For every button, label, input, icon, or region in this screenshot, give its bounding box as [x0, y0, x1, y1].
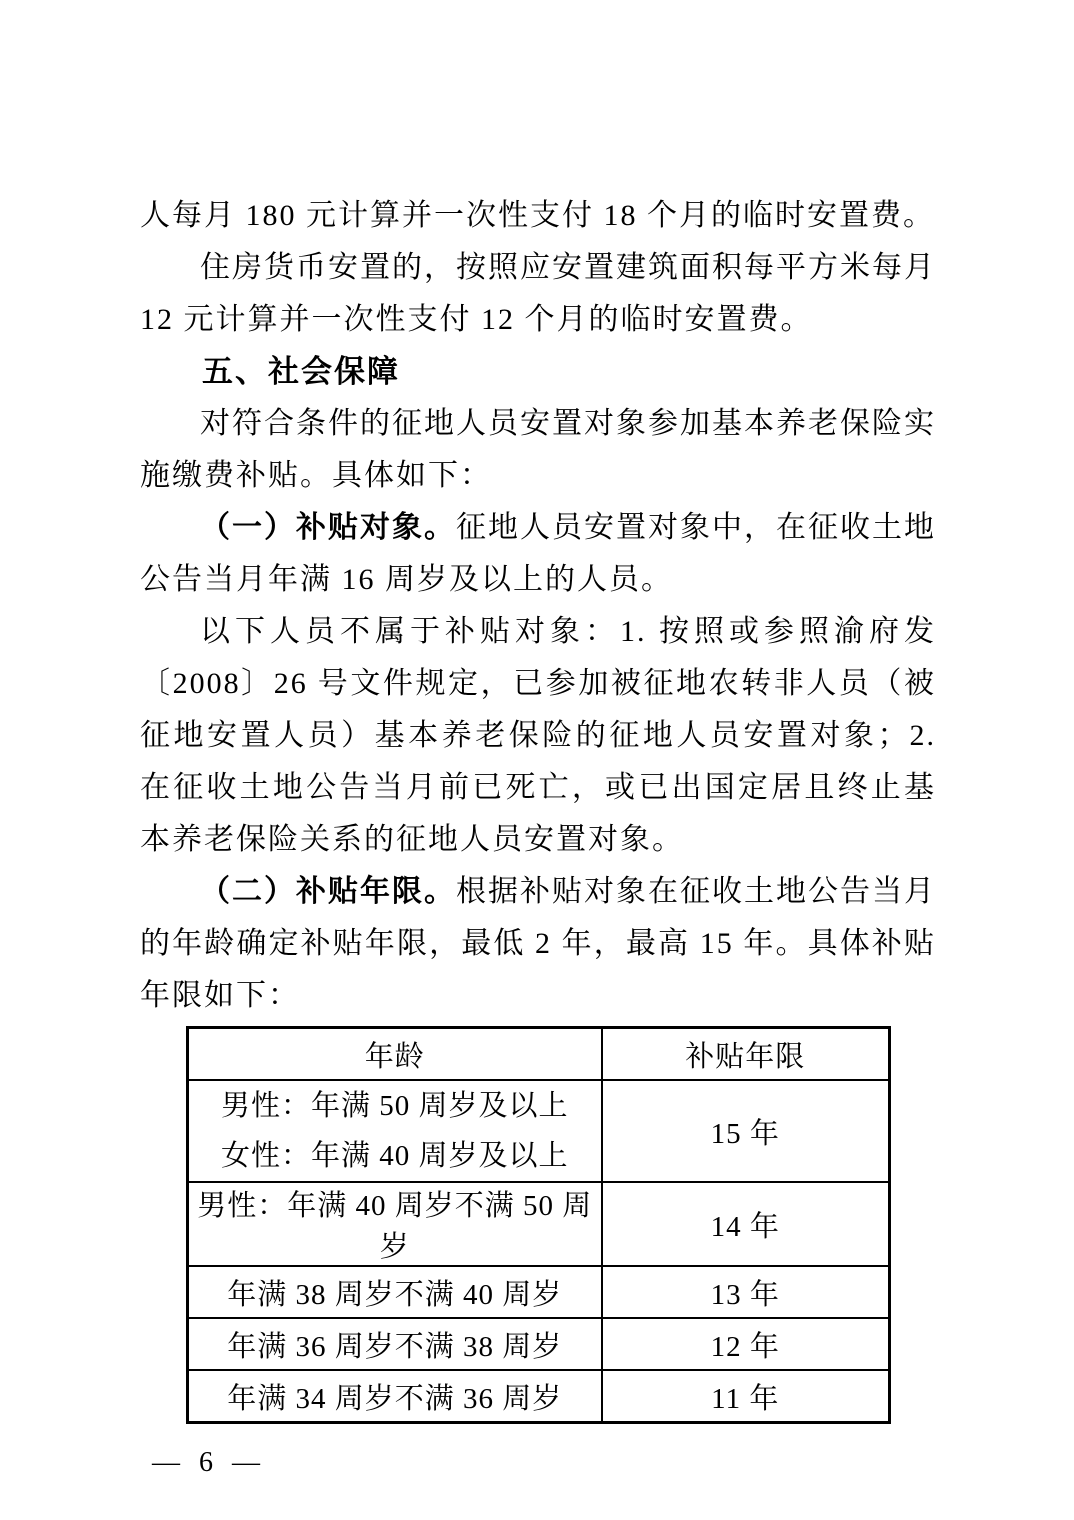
document-page: 人每月 180 元计算并一次性支付 18 个月的临时安置费。 住房货币安置的，按… [0, 0, 1074, 1520]
table-header-row: 年龄 补贴年限 [188, 1028, 890, 1081]
table-row: 年满 36 周岁不满 38 周岁 12 年 [188, 1318, 890, 1370]
cell-age-range: 男性：年满 40 周岁不满 50 周岁 [188, 1182, 602, 1266]
table-row: 男性：年满 40 周岁不满 50 周岁 14 年 [188, 1182, 890, 1266]
subsidy-years-table: 年龄 补贴年限 男性：年满 50 周岁及以上 女性：年满 40 周岁及以上 15… [186, 1026, 891, 1424]
cell-age-range: 年满 34 周岁不满 36 周岁 [188, 1370, 602, 1423]
subsidy-years-lead: （二）补贴年限。 [200, 875, 456, 908]
age-line-male: 男性：年满 50 周岁及以上 [189, 1081, 601, 1131]
section-heading-social-security: 五、社会保障 [140, 346, 936, 398]
paragraph-subsidy-intro: 对符合条件的征地人员安置对象参加基本养老保险实施缴费补贴。具体如下： [140, 398, 936, 502]
subsidy-target-lead: （一）补贴对象。 [200, 511, 456, 544]
table-row: 年满 38 周岁不满 40 周岁 13 年 [188, 1266, 890, 1318]
paragraph-subsidy-years: （二）补贴年限。根据补贴对象在征收土地公告当月的年龄确定补贴年限，最低 2 年，… [140, 866, 936, 1022]
page-number: — 6 — [152, 1447, 261, 1479]
cell-age-range: 男性：年满 50 周岁及以上 女性：年满 40 周岁及以上 [188, 1080, 602, 1182]
table-row: 年满 34 周岁不满 36 周岁 11 年 [188, 1370, 890, 1423]
table-row: 男性：年满 50 周岁及以上 女性：年满 40 周岁及以上 15 年 [188, 1080, 890, 1182]
age-line-female: 女性：年满 40 周岁及以上 [189, 1131, 601, 1181]
cell-subsidy-years: 14 年 [602, 1182, 890, 1266]
cell-subsidy-years: 12 年 [602, 1318, 890, 1370]
cell-age-range: 年满 38 周岁不满 40 周岁 [188, 1266, 602, 1318]
header-cell-years: 补贴年限 [602, 1028, 890, 1081]
paragraph-housing-settlement: 住房货币安置的，按照应安置建筑面积每平方米每月 12 元计算并一次性支付 12 … [140, 242, 936, 346]
paragraph-carryover: 人每月 180 元计算并一次性支付 18 个月的临时安置费。 [140, 190, 936, 242]
paragraph-subsidy-target: （一）补贴对象。征地人员安置对象中，在征收土地公告当月年满 16 周岁及以上的人… [140, 502, 936, 606]
paragraph-exclusions: 以下人员不属于补贴对象：1. 按照或参照渝府发〔2008〕26 号文件规定，已参… [140, 606, 936, 866]
cell-subsidy-years: 15 年 [602, 1080, 890, 1182]
cell-age-range: 年满 36 周岁不满 38 周岁 [188, 1318, 602, 1370]
document-body: 人每月 180 元计算并一次性支付 18 个月的临时安置费。 住房货币安置的，按… [140, 190, 936, 1424]
cell-subsidy-years: 13 年 [602, 1266, 890, 1318]
header-cell-age: 年龄 [188, 1028, 602, 1081]
cell-subsidy-years: 11 年 [602, 1370, 890, 1423]
